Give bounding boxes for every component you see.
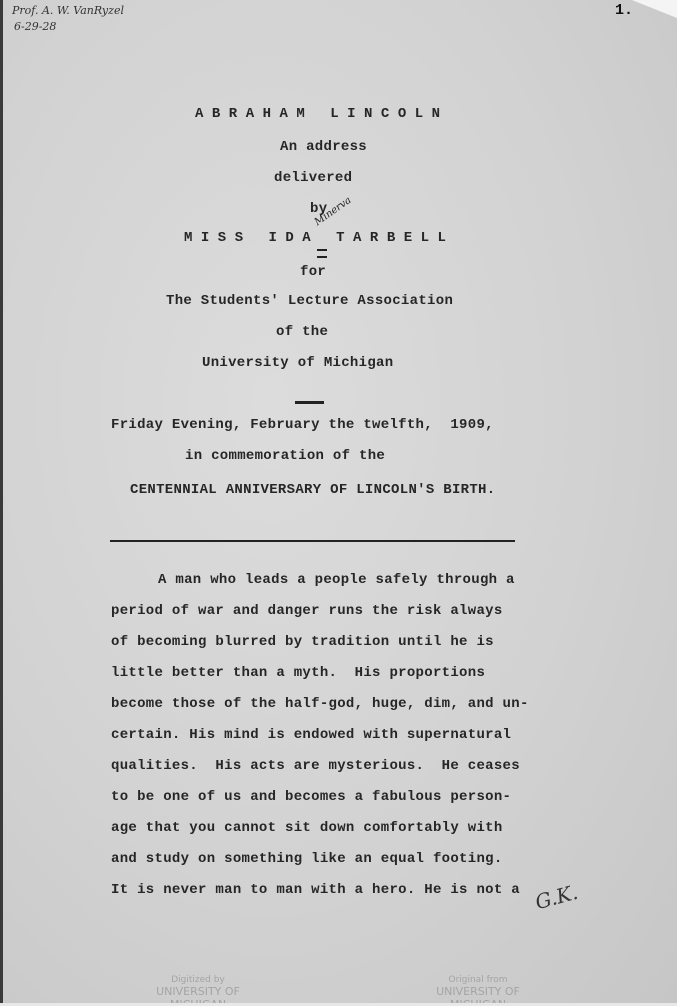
handwritten-initials: G.K. bbox=[533, 880, 581, 914]
body-line: A man who leads a people safely through … bbox=[158, 572, 515, 588]
short-divider bbox=[295, 401, 324, 404]
body-line: become those of the half-god, huge, dim,… bbox=[111, 696, 529, 712]
subtitle-address: An address bbox=[280, 139, 367, 155]
body-line: age that you cannot sit down comfortably… bbox=[111, 820, 503, 836]
body-line: It is never man to man with a hero. He i… bbox=[111, 882, 520, 898]
long-divider bbox=[110, 540, 515, 542]
handwritten-name: Prof. A. W. VanRyzel bbox=[12, 4, 124, 17]
body-line: period of war and danger runs the risk a… bbox=[111, 603, 503, 619]
centennial-line: CENTENNIAL ANNIVERSARY OF LINCOLN'S BIRT… bbox=[130, 482, 495, 498]
double-underline-mark bbox=[317, 249, 327, 258]
watermark-original: Original from UNIVERSITY OF MICHIGAN bbox=[408, 975, 548, 1006]
association-name: The Students' Lecture Association bbox=[166, 293, 453, 309]
handwritten-date: 6-29-28 bbox=[14, 20, 56, 33]
commemoration-line: in commemoration of the bbox=[185, 448, 385, 464]
body-line: of becoming blurred by tradition until h… bbox=[111, 634, 494, 650]
watermark-label: Original from bbox=[408, 975, 548, 985]
date-line: Friday Evening, February the twelfth, 19… bbox=[111, 417, 494, 433]
watermark-digitized: Digitized by UNIVERSITY OF MICHIGAN bbox=[128, 975, 268, 1006]
watermark-institution: UNIVERSITY OF MICHIGAN bbox=[128, 985, 268, 1006]
body-line: and study on something like an equal foo… bbox=[111, 851, 503, 867]
page-corner bbox=[632, 0, 677, 18]
body-line: certain. His mind is endowed with supern… bbox=[111, 727, 511, 743]
watermark-label: Digitized by bbox=[128, 975, 268, 985]
subtitle-for: for bbox=[300, 264, 326, 280]
university-name: University of Michigan bbox=[202, 355, 393, 371]
body-line: to be one of us and becomes a fabulous p… bbox=[111, 789, 511, 805]
body-line: little better than a myth. His proportio… bbox=[111, 665, 485, 681]
document-page: Prof. A. W. VanRyzel 6-29-28 1. ABRAHAM … bbox=[0, 0, 677, 1006]
document-title: ABRAHAM LINCOLN bbox=[195, 106, 449, 122]
author-name: MISS IDA TARBELL bbox=[184, 230, 454, 246]
watermark-institution: UNIVERSITY OF MICHIGAN bbox=[408, 985, 548, 1006]
subtitle-delivered: delivered bbox=[274, 170, 352, 186]
body-line: qualities. His acts are mysterious. He c… bbox=[111, 758, 520, 774]
subtitle-of-the: of the bbox=[276, 324, 328, 340]
page-number: 1. bbox=[615, 2, 633, 19]
